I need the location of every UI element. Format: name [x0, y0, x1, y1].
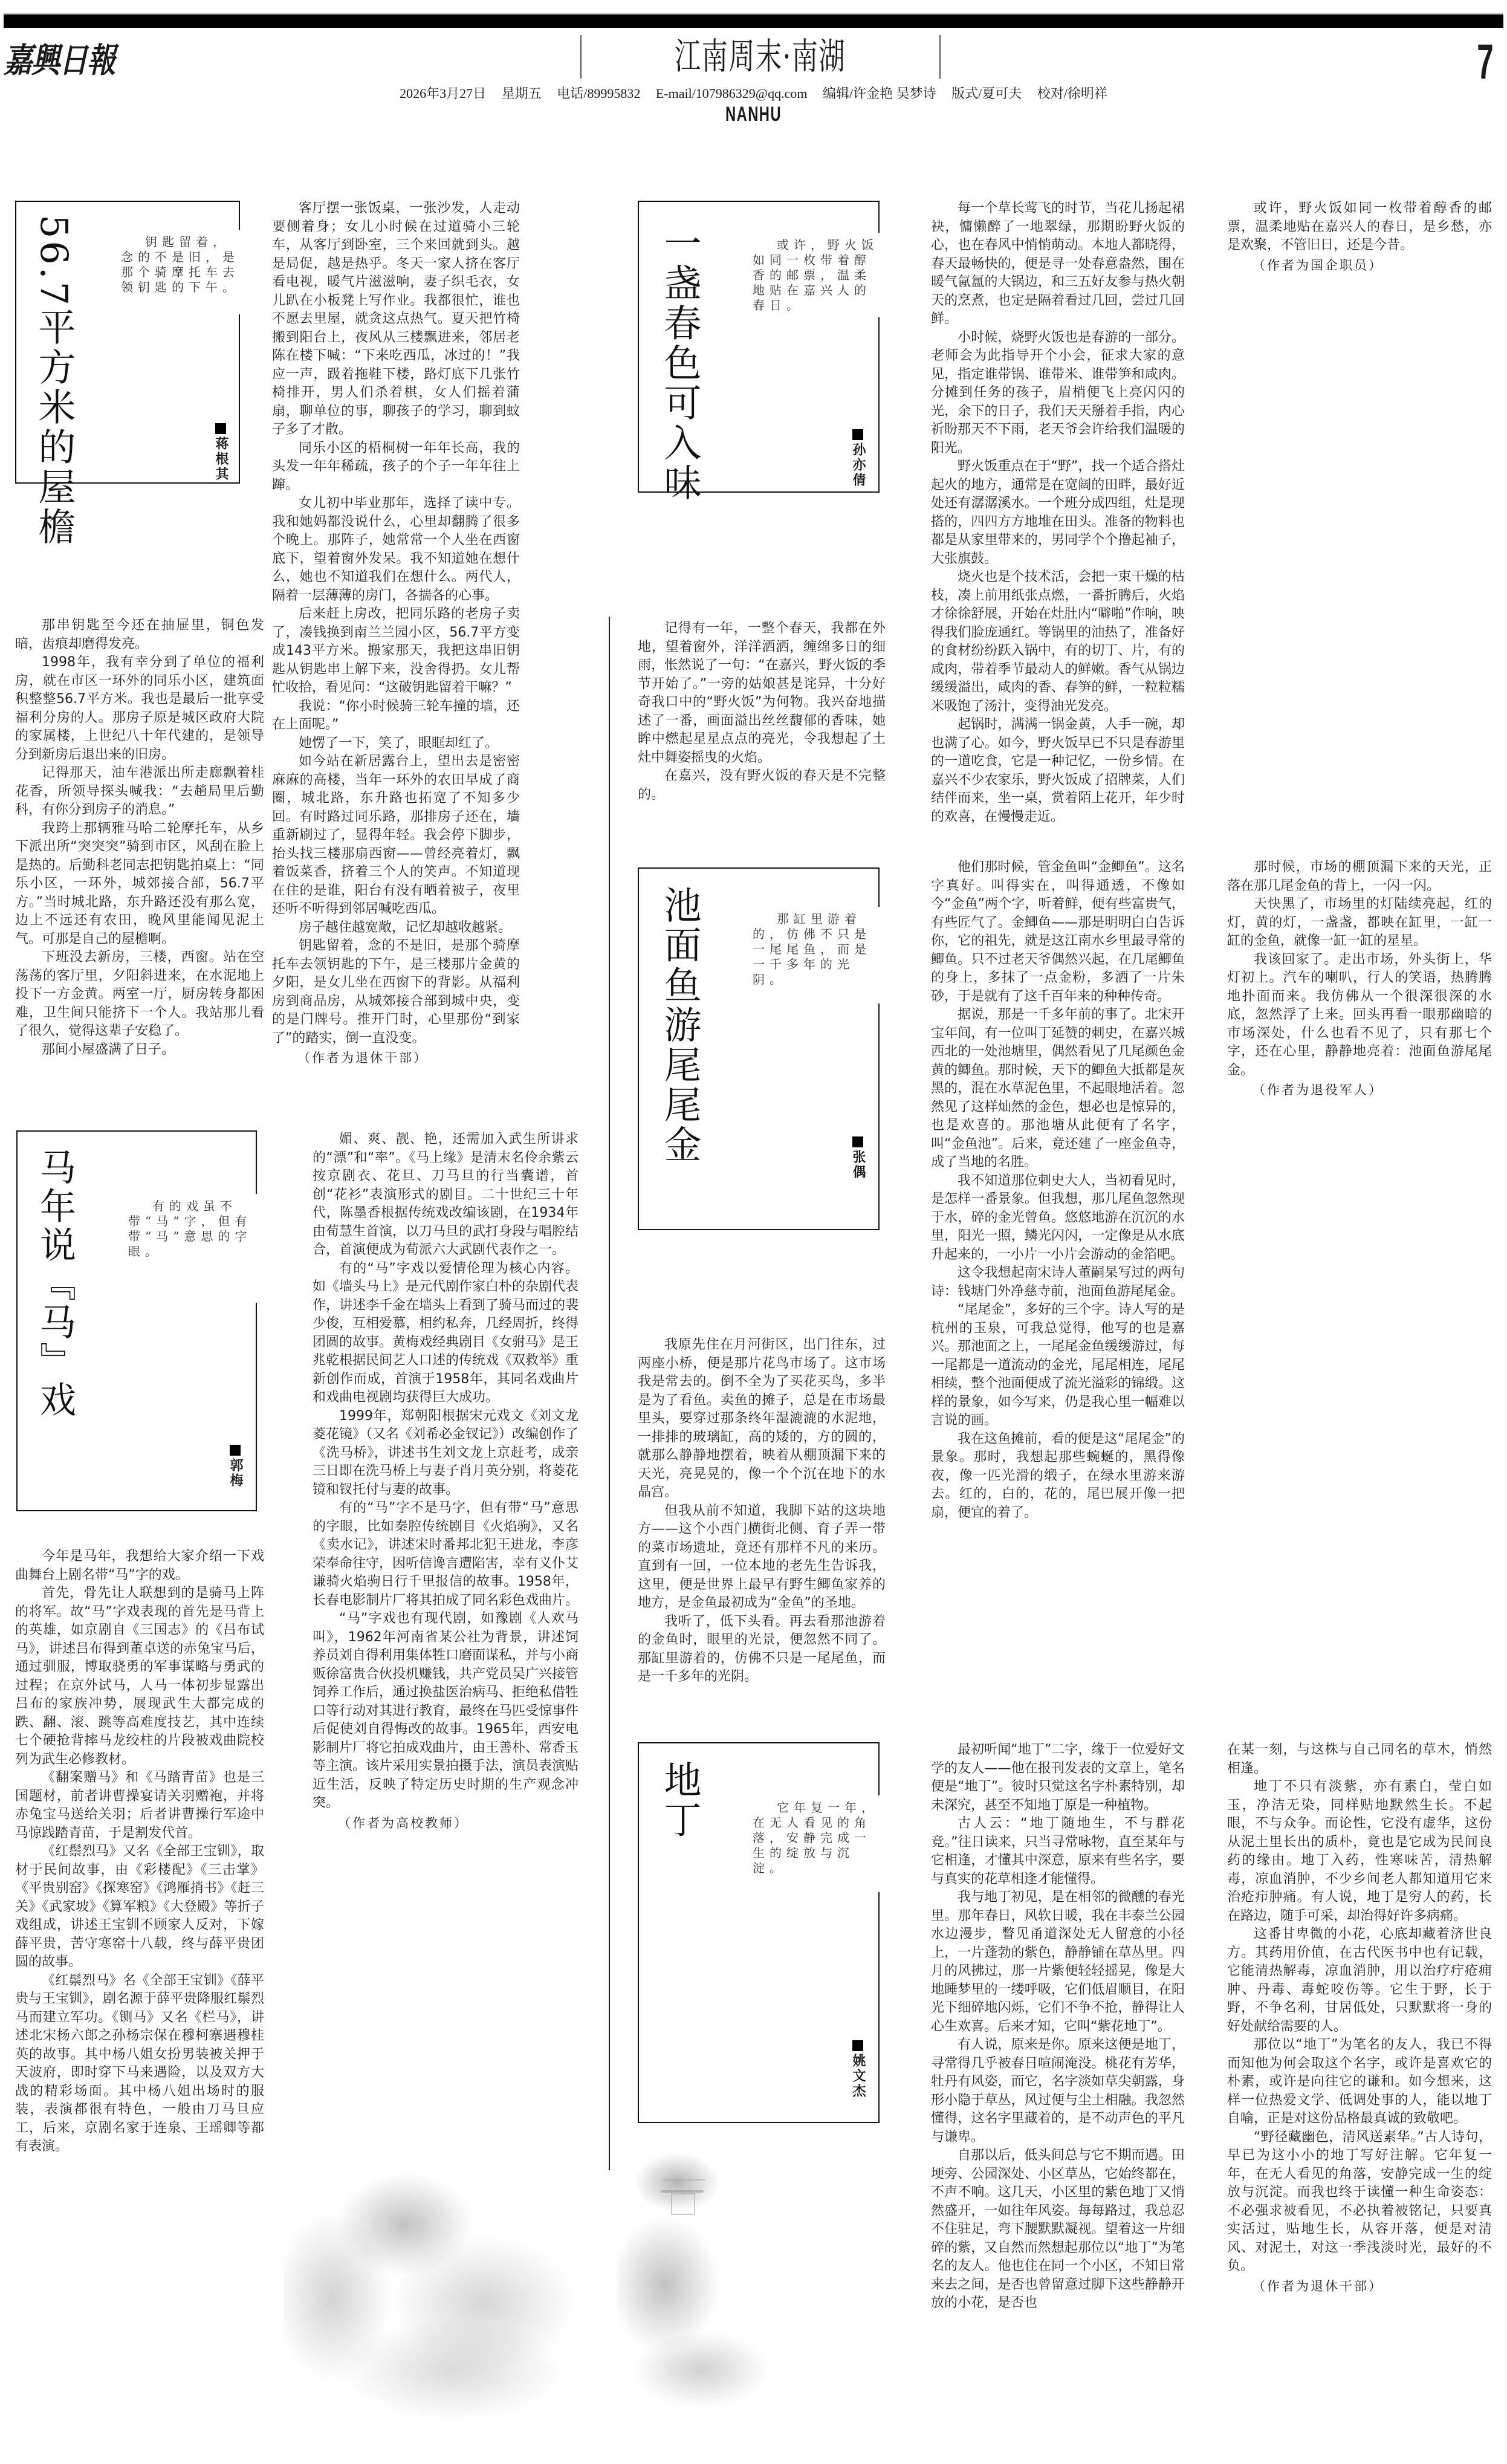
paragraph: 在某一刻，与这株与自己同名的草木，悄然相逢。	[1227, 1741, 1492, 1778]
paragraph: 1999年，郑朝阳根据宋元戏文《刘文龙菱花镜》（又名《刘希必金钗记》）改编创作了…	[313, 1407, 578, 1500]
newspaper-logo: 嘉興日報	[4, 34, 115, 82]
paragraph: 有的“马”字不是马字，但有带“马”意思的字眼，比如秦腔传统剧目《火焰驹》，又名《…	[313, 1499, 578, 1610]
info-line: 2026年3月27日 星期五 电话/89995832 E-mail/107986…	[0, 83, 1507, 102]
phone: 电话/89995832	[557, 83, 640, 102]
paragraph: 我说：“你小时候骑三轮车撞的墙，还在上面呢。”	[272, 698, 520, 734]
paragraph: 媚、爽、靓、艳，还需加入武生所讲求的“漂”和“率”。《马上缘》是清末名伶余紫云按…	[313, 1130, 578, 1260]
pull-quote-fish: 那缸里游着的，仿佛不只是一尾尾鱼，而是一千多年的光阴。	[753, 907, 880, 1003]
paragraph: 我不知道那位刺史大人，当初看见时，是怎样一番景象。但我想，那几尾鱼忽然现于水，碎…	[931, 1172, 1185, 1265]
paragraph: 那时候，市场的棚顶漏下来的天光，正落在那几尾金鱼的背上，一闪一闪。	[1227, 858, 1492, 895]
author-note: （作者为退役军人）	[1227, 1081, 1492, 1100]
author-note: （作者为退休干部）	[1227, 2277, 1492, 2296]
article-title-house: 56.7平方米的屋檐	[27, 215, 81, 547]
paragraph: 她愣了一下，笑了，眼眶却红了。	[272, 734, 520, 753]
paragraph: 我听了，低下头看。再去看那池游着的金鱼时，眼里的光景，便忽然不同了。那缸里游着的…	[638, 1613, 886, 1687]
paragraph: 那串钥匙至今还在抽屉里，铜色发暗，齿痕却磨得发亮。	[15, 617, 264, 653]
pavilion-roof-icon	[661, 2179, 705, 2193]
article-body-spring-col2: 每一个草长莺飞的时节，当花儿扬起裙袂，慵懒醉了一地翠绿，那期盼野火饭的心，也在春…	[931, 199, 1185, 826]
paragraph: 如今站在新居露台上，望出去是密密麻麻的高楼，当年一环外的农田早成了商圈，城北路，…	[272, 753, 520, 919]
paragraph: 后来赶上房改，把同乐路的老房子卖了，凑钱换到南兰兰园小区，56.7平方变成143…	[272, 605, 520, 698]
author-note: （作者为高校教师）	[313, 1814, 578, 1833]
pavilion-body-icon	[671, 2193, 695, 2215]
paragraph: 据说，那是一千多年前的事了。北宋开宝年间，有一位叫丁延赞的刺史，在嘉兴城西北的一…	[931, 1006, 1185, 1172]
paragraph: 有人说，原来是你。原来这便是地丁，寻常得几乎被春日喧闹淹没。桃花有芳华，牡丹有风…	[931, 2036, 1185, 2147]
section-title: 江南周末·南湖	[675, 35, 846, 79]
author-name: 姚文杰	[851, 2054, 866, 2099]
paragraph: 每一个草长莺飞的时节，当花儿扬起裙袂，慵懒醉了一地翠绿，那期盼野火饭的心，也在春…	[931, 199, 1185, 329]
paragraph: 他们那时候，管金鱼叫“金鲫鱼”。这名字真好。叫得实在，叫得通透，不像如今“金鱼”…	[931, 858, 1185, 1006]
paragraph: “尾尾金”，多好的三个字。诗人写的是杭州的玉泉，可我总觉得，他写的也是嘉兴。那池…	[931, 1301, 1185, 1430]
article-body-fish-col3: 那时候，市场的棚顶漏下来的天光，正落在那几尾金鱼的背上，一闪一闪。 天快黑了，市…	[1227, 858, 1492, 1100]
issue-date: 2026年3月27日	[400, 83, 486, 102]
paragraph: “野径藏幽色，清风送素华。”古人诗句，早已为这小小的地丁写好注解。它年复一年，在…	[1227, 2128, 1492, 2276]
column-divider	[609, 617, 610, 2170]
article-body-house-col2: 客厅摆一张饭桌，一张沙发，人走动要侧着身；女儿小时候在过道骑小三轮车，从客厅到卧…	[272, 199, 520, 1068]
paragraph: 那间小屋盛满了日子。	[15, 1041, 264, 1060]
paragraph: 我跨上那辆雅马哈二轮摩托车，从乡下派出所“突突突”骑到市区，风刮在脸上是热的。后…	[15, 820, 264, 949]
article-body-fish-col2: 他们那时候，管金鱼叫“金鲫鱼”。这名字真好。叫得实在，叫得通透，不像如今“金鱼”…	[931, 858, 1185, 1522]
article-title-fish: 池面鱼游尾尾金	[653, 886, 707, 1165]
article-title-horse: 马年说『马』戏	[29, 1149, 81, 1419]
article-body-spring-col3: 或许，野火饭如同一枚带着醇香的邮票，温柔地贴在嘉兴人的春日，是乡愁，亦是欢聚，不…	[1227, 199, 1492, 274]
paragraph: 今年是马年，我想给大家介绍一下戏曲舞台上剧名带“马”字的戏。	[15, 1548, 264, 1584]
article-body-diding-col1: 最初听闻“地丁”二字，缘于一位爱好文学的友人——他在报刊发表的文章上，笔名便是“…	[931, 1741, 1185, 2313]
paragraph: 我原先住在月河街区，出门往东，过两座小桥，便是那片花鸟市场了。这市场我是常去的。…	[638, 1336, 886, 1502]
paragraph: 起锅时，满满一锅金黄，人手一碗，却也满了心。如今，野火饭早已不只是春游里的一道吃…	[931, 716, 1185, 826]
paragraph: 《翻案赠马》和《马踏青苗》也是三国题材，前者讲曹操宴请关羽赠袍，并将赤兔宝马送给…	[15, 1769, 264, 1843]
paragraph: 小时候，烧野火饭也是春游的一部分。老师会为此指导开个小会，征求大家的意见，指定谁…	[931, 329, 1185, 458]
paragraph: 下班没去新房，三楼，西窗。站在空荡荡的客厅里，夕阳斜进来，在水泥地上投下一方金黄…	[15, 948, 264, 1041]
pull-quote-spring: 或许，野火饭如同一枚带着醇香的邮票，温柔地贴在嘉兴人的春日。	[753, 233, 880, 317]
top-rule	[4, 13, 1503, 28]
paragraph: 地丁不只有淡紫，亦有素白，莹白如玉，净洁无染，同样贴地默然生长。不起眼，不与众争…	[1227, 1778, 1492, 1925]
paragraph: 但我从前不知道，我脚下站的这块地方——这个小西门横街北侧、育子弄一带的菜市场遗址…	[638, 1502, 886, 1613]
paragraph: 古人云：“地丁随地生，不与群花竞。”往日读来，只当寻常咏物，直至某年与它相逢，才…	[931, 1815, 1185, 1889]
byline-marker-icon	[852, 429, 863, 440]
byline-spring: 孙亦倩	[849, 429, 867, 488]
paragraph: 1998年，我有幸分到了单位的福利房，就在市区一环外的同乐小区，建筑面积整整56…	[15, 653, 264, 764]
paragraph: 客厅摆一张饭桌，一张沙发，人走动要侧着身；女儿小时候在过道骑小三轮车，从客厅到卧…	[272, 199, 520, 439]
editor-credit: 编辑/许金艳 吴梦诗	[823, 83, 936, 102]
issue-weekday: 星期五	[502, 83, 542, 102]
paragraph: 《红鬃烈马》名《全部王宝钏》《薛平贵与王宝钏》，剧名源于薛平贵降服红鬃烈马而建立…	[15, 1972, 264, 2156]
page-number: 7	[1477, 34, 1494, 91]
paragraph: 首先，骨先让人联想到的是骑马上阵的将军。故“马”字戏表现的首先是马背上的英雄，如…	[15, 1584, 264, 1769]
section-subtitle: NANHU	[226, 103, 1281, 126]
byline-house: 蒋根其	[212, 423, 230, 482]
byline-marker-icon	[230, 1445, 241, 1456]
article-body-fish-col1: 我原先住在月河街区，出门往东，过两座小桥，便是那片花鸟市场了。这市场我是常去的。…	[638, 1336, 886, 1687]
paragraph: 同乐小区的梧桐树一年年长高，我的头发一年年稀疏，孩子的个子一年年往上蹿。	[272, 439, 520, 495]
byline-fish: 张偶	[849, 1136, 867, 1180]
article-title-spring: 一盏春色可入味	[653, 224, 707, 503]
paragraph: 这令我想起南宋诗人董嗣杲写过的两句诗：钱塘门外净慈寺前，池面鱼游尾尾金。	[931, 1264, 1185, 1301]
section-title-box: 江南周末·南湖	[580, 35, 941, 79]
paragraph: “马”字戏也有现代剧，如豫剧《人欢马叫》，1962年河南省某公社为背景，讲述饲养…	[313, 1610, 578, 1813]
article-body-spring-col1: 记得有一年，一整个春天，我都在外地，望着窗外，洋洋洒洒，缠绵多日的细雨，怅然说了…	[638, 620, 886, 804]
pull-quote-diding: 它年复一年，在无人看见的角落，安静完成一生的绽放与沉淀。	[753, 1795, 880, 1892]
paragraph: 我与地丁初见，是在相邻的微醺的春光里。那年春日，风软日暖，我在丰泰兰公园水边漫步…	[931, 1889, 1185, 2036]
paragraph: 自那以后，低头间总与它不期而遇。田埂旁、公园深处、小区草丛，它始终都在，不声不响…	[931, 2147, 1185, 2313]
pull-quote-house: 钥匙留着，念的不是旧，是那个骑摩托车去领钥匙的下午。	[121, 230, 241, 314]
byline-marker-icon	[215, 423, 226, 434]
paragraph: 有的“马”字戏以爱情伦理为核心内容。如《墙头马上》是元代剧作家白朴的杂剧代表作，…	[313, 1260, 578, 1407]
article-body-diding-col2: 在某一刻，与这株与自己同名的草木，悄然相逢。 地丁不只有淡紫，亦有素白，莹白如玉…	[1227, 1741, 1492, 2295]
pull-quote-horse: 有的戏虽不带“马”字，但有带“马”意思的字眼。	[128, 1194, 258, 1303]
paragraph: 《红鬃烈马》又名《全部王宝钏》，取材于民间故事，由《彩楼配》《三击掌》《平贵别窑…	[15, 1843, 264, 1972]
byline-horse: 郭梅	[226, 1445, 245, 1488]
paragraph: 我该回家了。走出市场，外头街上，华灯初上。汽车的喇叭，行人的笑语，热腾腾地扑面而…	[1227, 951, 1492, 1080]
author-name: 郭梅	[228, 1458, 243, 1488]
author-note: （作者为国企职员）	[1227, 256, 1492, 275]
author-note: （作者为退休干部）	[272, 1049, 520, 1068]
paragraph: 或许，野火饭如同一枚带着醇香的邮票，温柔地贴在嘉兴人的春日，是乡愁，亦是欢聚，不…	[1227, 199, 1492, 255]
proofread-credit: 校对/徐明祥	[1037, 83, 1107, 102]
article-body-horse-col1: 今年是马年，我想给大家介绍一下戏曲舞台上剧名带“马”字的戏。 首先，骨先让人联想…	[15, 1548, 264, 2156]
paragraph: 房子越住越宽敞，记忆却越收越紧。	[272, 919, 520, 938]
article-title-diding: 地丁	[653, 1760, 707, 1840]
email-link[interactable]: E-mail/107986329@qq.com	[656, 86, 808, 102]
paragraph: 那位以“地丁”为笔名的友人，我已不得而知他为何会取这个名字，或许是喜欢它的朴素，…	[1227, 2036, 1492, 2128]
paragraph: 钥匙留着，念的不是旧，是那个骑摩托车去领钥匙的下午，是三楼那片金黄的夕阳，是女儿…	[272, 937, 520, 1048]
paragraph: 最初听闻“地丁”二字，缘于一位爱好文学的友人——他在报刊发表的文章上，笔名便是“…	[931, 1741, 1185, 1815]
paragraph: 这番甘卑微的小花，心底却藏着济世良方。其药用价值，在古代医书中也有记载，它能清热…	[1227, 1925, 1492, 2036]
author-name: 孙亦倩	[851, 443, 866, 488]
paragraph: 烧火也是个技术活，会把一束干燥的枯枝，凑上前用纸张点燃，一番折腾后，火焰才徐徐舒…	[931, 568, 1185, 716]
paragraph: 天快黑了，市场里的灯陆续亮起，红的灯，黄的灯，一盏盏，都映在缸里，一缸一缸的金鱼…	[1227, 895, 1492, 951]
paragraph: 记得那天，油车港派出所走廊飘着桂花香，所领导探头喊我：“去趟局里后勤科，有你分到…	[15, 764, 264, 820]
byline-marker-icon	[852, 2040, 863, 2051]
author-name: 张偶	[851, 1150, 866, 1180]
paragraph: 记得有一年，一整个春天，我都在外地，望着窗外，洋洋洒洒，缠绵多日的细雨，怅然说了…	[638, 620, 886, 767]
byline-diding: 姚文杰	[849, 2040, 867, 2099]
article-body-horse-col2: 媚、爽、靓、艳，还需加入武生所讲求的“漂”和“率”。《马上缘》是清末名伶余紫云按…	[313, 1130, 578, 1832]
paragraph: 我在这鱼摊前，看的便是这“尾尾金”的景象。那时，我想起那些蜿蜒的，黑得像夜，像一…	[931, 1430, 1185, 1523]
layout-credit: 版式/夏可夫	[951, 83, 1022, 102]
byline-marker-icon	[852, 1136, 863, 1147]
article-body-house-col1: 那串钥匙至今还在抽屉里，铜色发暗，齿痕却磨得发亮。 1998年，我有幸分到了单位…	[15, 617, 264, 1059]
paragraph: 在嘉兴，没有野火饭的春天是不完整的。	[638, 767, 886, 804]
author-name: 蒋根其	[213, 436, 228, 482]
ink-landscape-illustration	[284, 2043, 635, 2418]
paragraph: 野火饭重点在于“野”，找一个适合搭灶起火的地方，通常是在宽阔的田畔，最好近处还有…	[931, 458, 1185, 568]
paragraph: 女儿初中毕业那年，选择了读中专。我和她妈都没说什么，心里却翻腾了很多个晚上。那阵…	[272, 494, 520, 605]
